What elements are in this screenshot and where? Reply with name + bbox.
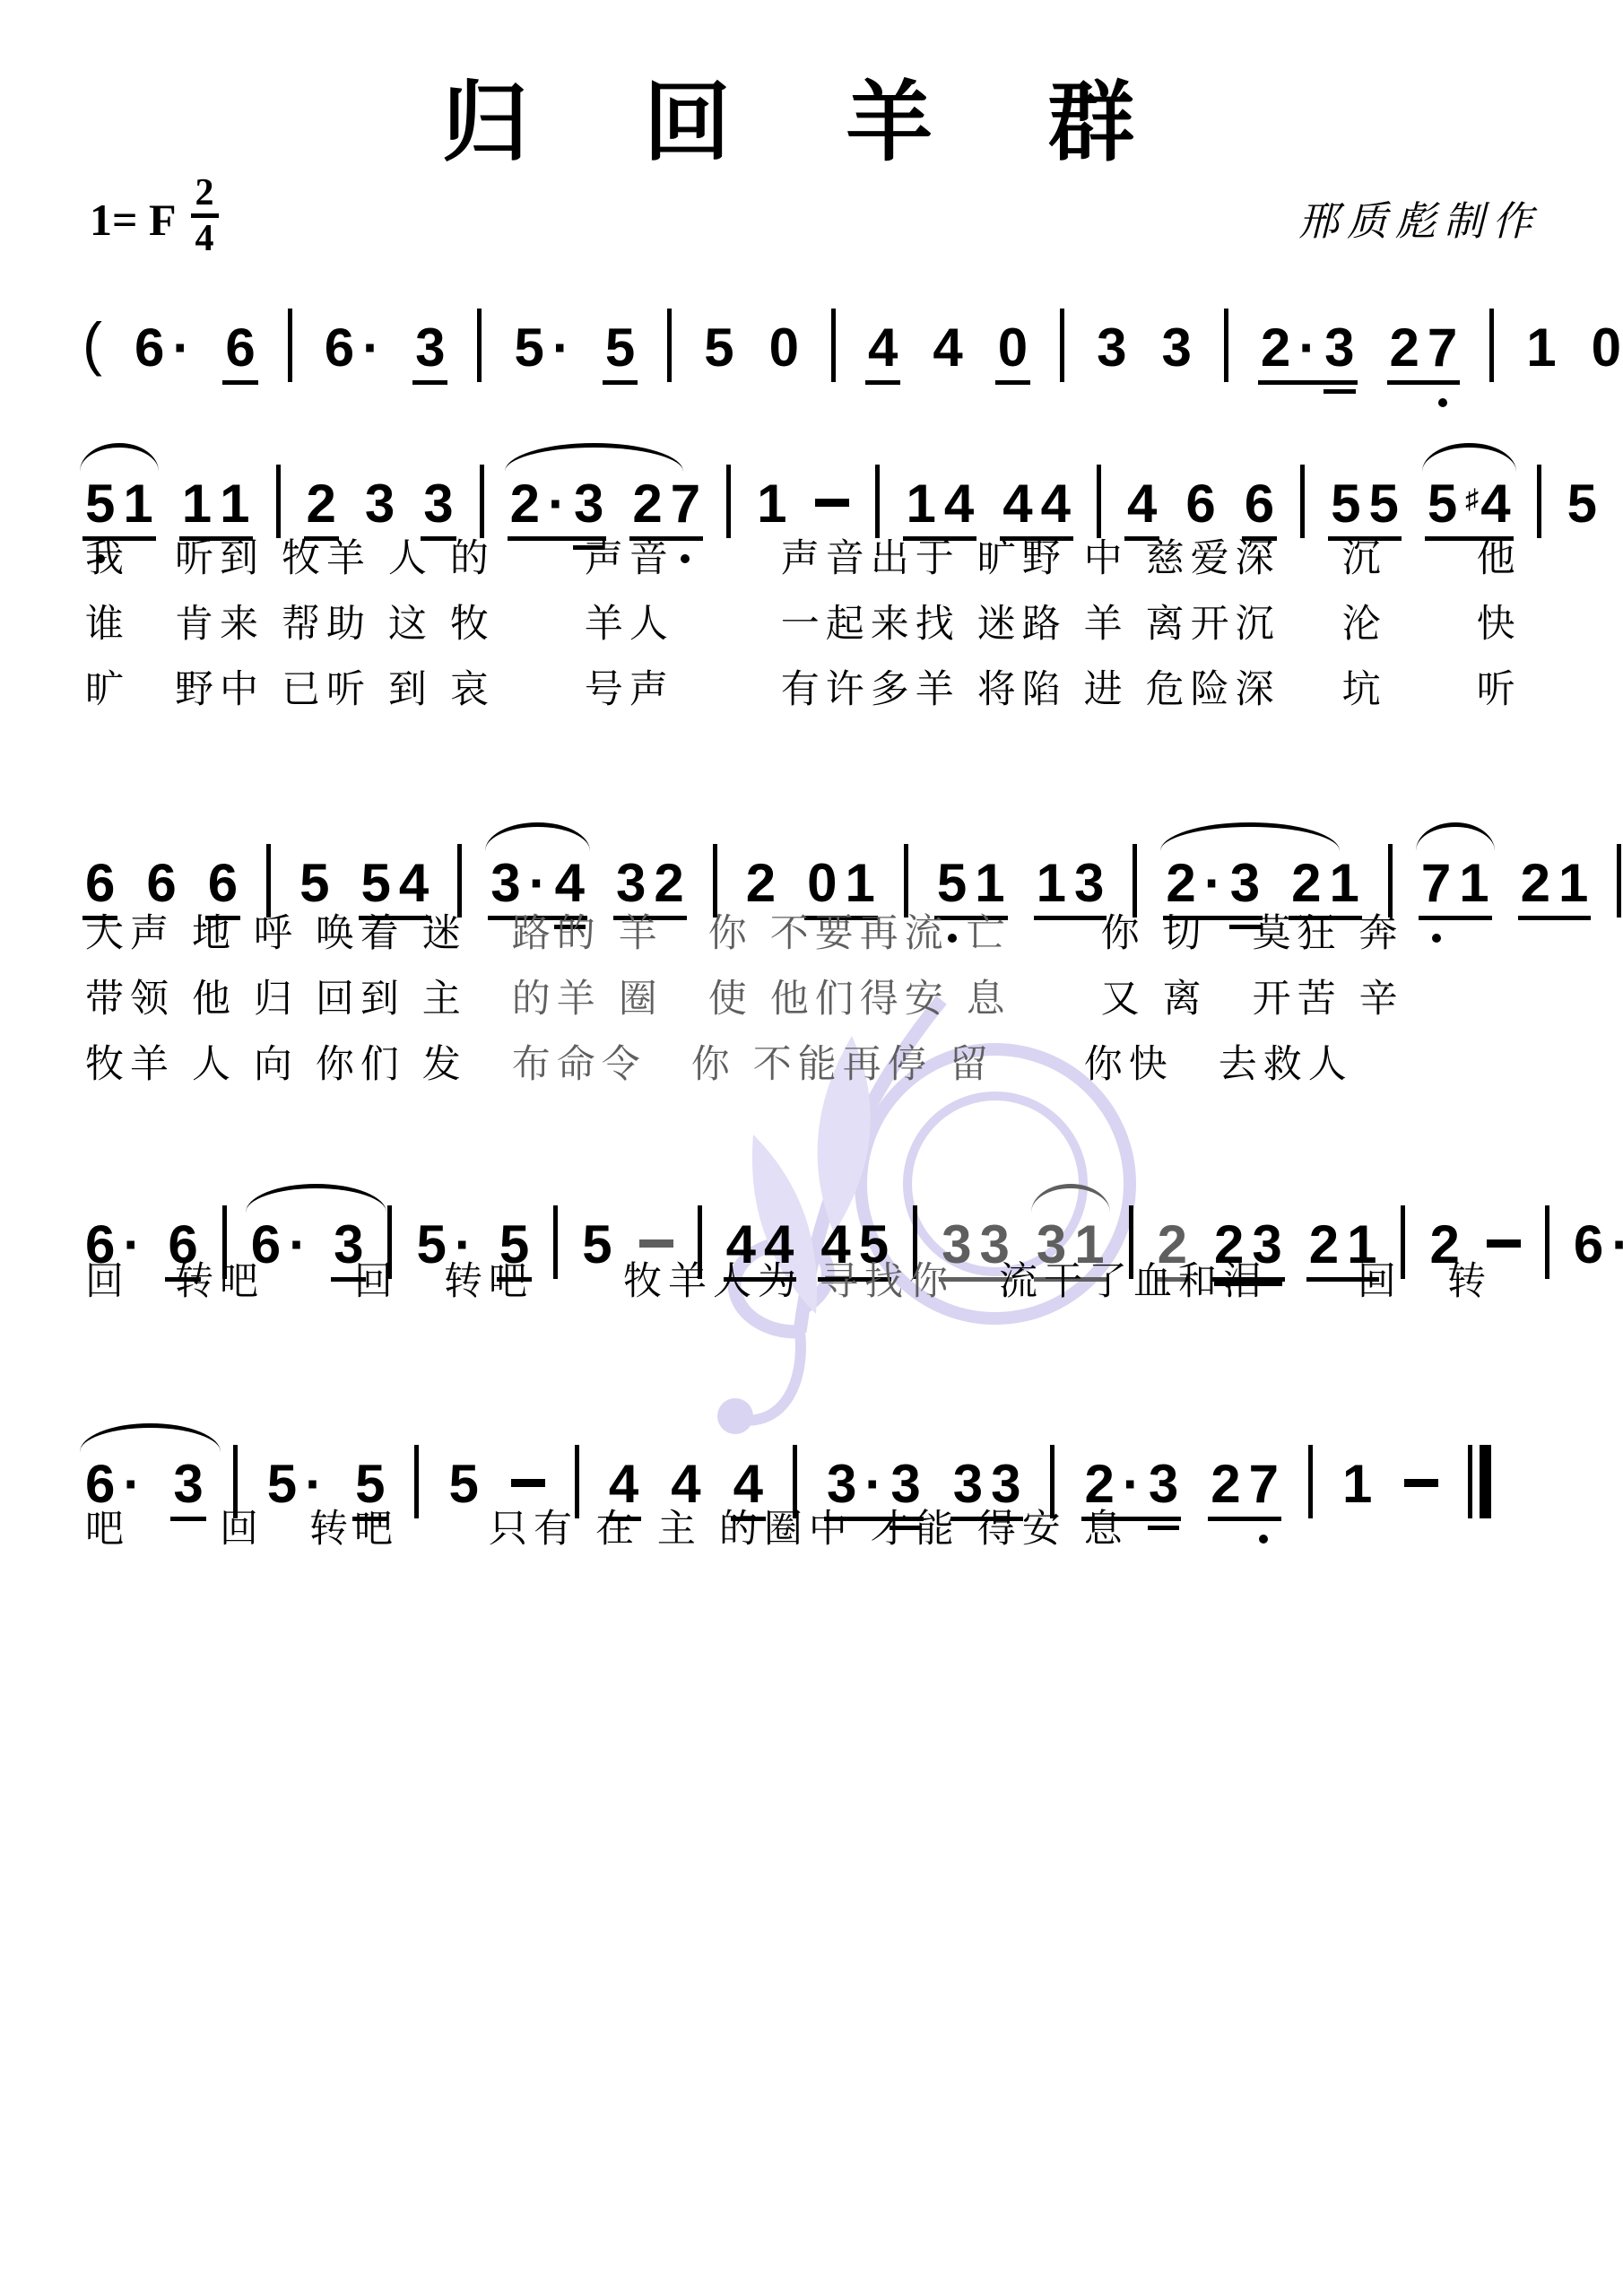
note-group <box>508 1494 548 1508</box>
note-group: 2 <box>743 857 778 916</box>
note-group: 6 <box>1242 477 1277 541</box>
note: 5 <box>1368 477 1398 531</box>
note: 5 <box>85 477 115 531</box>
lyric-segment: 的羊 圈 <box>512 980 664 1019</box>
note-group: 6 <box>222 321 257 385</box>
time-signature-denominator: 4 <box>195 218 214 258</box>
note-group: 51 <box>82 477 156 541</box>
note-group: 3 <box>421 477 456 541</box>
lyric-segment: 带领 他 归 回到 主 <box>85 980 512 1019</box>
note: 1 <box>182 477 212 531</box>
duration-dot: · <box>1204 857 1222 910</box>
barline <box>726 465 731 538</box>
note: ♯4 <box>1465 477 1510 531</box>
lyric-row-2: 谁 肯来 帮助 这 牧 羊人 一起来找 迷路 羊 离开沉 沦 快 <box>85 605 1522 644</box>
low-octave-dot <box>1438 398 1447 407</box>
lyric-segment: 吧 回 转吧 只有 在 主 的圈中 才能 得安 息 <box>85 1510 1129 1549</box>
note-group: 0 <box>1589 321 1623 380</box>
note: 4 <box>868 321 898 375</box>
note: 4 <box>609 1457 638 1511</box>
note: 5 <box>1331 477 1360 531</box>
note: 2 <box>1390 321 1419 375</box>
note: 7 <box>1428 321 1457 375</box>
barline <box>276 465 281 538</box>
note-group: 0 <box>767 321 802 380</box>
note: 6 <box>85 1457 115 1511</box>
note-group: 5· <box>511 321 572 380</box>
barline <box>480 465 484 538</box>
note-group: 0 <box>995 321 1030 385</box>
sharp-sign: ♯ <box>1465 484 1479 514</box>
duration-dot: · <box>529 857 547 910</box>
music-line-verse-line-2: 6665543·43220151132·321712110 <box>82 828 1623 920</box>
note: 5 <box>299 857 329 910</box>
lyric-segment: 你 不要再流 亡 <box>708 915 1011 953</box>
note-group: 2·3 <box>1163 857 1263 920</box>
note-group: 27 <box>1387 321 1461 385</box>
final-barline-thick <box>1480 1445 1491 1518</box>
note: 1 <box>1558 857 1588 910</box>
note: 3 <box>574 477 603 531</box>
barline <box>1060 309 1064 382</box>
note-group <box>812 514 852 527</box>
note-group: 5 <box>297 857 332 916</box>
note: 1 <box>220 477 249 531</box>
sheet-music-page: 归 回 羊 群 1= F 2 4 邢质彪制作 (6·66·35·55044033… <box>0 0 1623 2296</box>
note-group: 1 <box>754 477 789 536</box>
note-group: 5 <box>603 321 638 385</box>
duration-dot: · <box>362 321 380 375</box>
note-group: 14 <box>903 477 976 541</box>
time-signature-numerator: 2 <box>191 174 219 218</box>
barline <box>457 844 462 918</box>
barline <box>875 465 880 538</box>
lyric-row-4: 大声 地 呼 唤着 迷 路的 羊 你 不要再流 亡 你 切 莫狂 奔 <box>85 915 1404 953</box>
note: 4 <box>733 1457 763 1511</box>
note-group: 1 <box>1340 1457 1375 1517</box>
author-credit: 邢质彪制作 <box>1298 188 1541 247</box>
dash-note <box>639 1239 673 1248</box>
note-group: 3 <box>1159 321 1193 380</box>
note: 0 <box>998 321 1028 375</box>
note: 2 <box>654 857 683 910</box>
lyric-segment: 又 离 开苦 辛 <box>1011 980 1404 1019</box>
barline <box>477 309 482 382</box>
note-group: 5 <box>1565 477 1600 536</box>
lyric-segment: 使 他们得安 息 <box>708 980 1011 1019</box>
barline <box>713 844 717 918</box>
note: 1 <box>1342 1457 1372 1511</box>
note: 1 <box>757 477 786 531</box>
lyric-segment: 路的 羊 <box>512 915 664 953</box>
dash-note <box>1487 1239 1521 1248</box>
note-group: 3 <box>412 321 447 385</box>
lyric-segment: 旷 野中 已听 到 哀 号声 有许多羊 将陷 进 危险深 坑 听 <box>85 671 1522 709</box>
note: 2 <box>1291 857 1321 910</box>
note-group: 6 <box>143 857 178 916</box>
note: 6 <box>1185 477 1215 531</box>
note: 5 <box>1567 477 1597 531</box>
lyric-row-6: 牧羊 人 向 你们 发 布命令 你 不能再停 留 你快 去救人 <box>85 1046 1353 1084</box>
note: 3 <box>953 1457 983 1511</box>
barline <box>1617 844 1621 918</box>
note: 3 <box>490 857 520 910</box>
duration-dot: · <box>1123 1457 1141 1511</box>
parenthesis: ( <box>82 314 102 373</box>
note: 3 <box>890 1457 920 1511</box>
note: 6 <box>225 321 255 375</box>
barline <box>1300 465 1305 538</box>
note-group: 3 <box>362 477 397 536</box>
barline <box>1308 1445 1313 1518</box>
note: 5 <box>448 1457 478 1511</box>
time-signature: 2 4 <box>191 174 219 258</box>
note: 2 <box>1166 857 1195 910</box>
note-group: 44 <box>1000 477 1073 541</box>
note: 0 <box>807 857 837 910</box>
lyric-row-8: 吧 回 转吧 只有 在 主 的圈中 才能 得安 息 <box>85 1510 1129 1549</box>
note: 3 <box>827 1457 856 1511</box>
note: 2 <box>1261 321 1290 375</box>
note: 3 <box>1097 321 1126 375</box>
lyric-segment: 谁 肯来 帮助 这 牧 羊人 一起来找 迷路 羊 离开沉 沦 快 <box>85 605 1522 644</box>
duration-dot: · <box>172 321 190 375</box>
note: 1 <box>1526 321 1556 375</box>
duration-dot: · <box>548 477 566 531</box>
note-group: 6· <box>132 321 193 380</box>
lyric-segment <box>664 915 708 953</box>
note-group: 21 <box>1289 857 1362 920</box>
barline <box>1537 465 1541 538</box>
note-group: 32 <box>613 857 687 920</box>
note: 6 <box>1245 477 1274 531</box>
note-group: 3 <box>1094 321 1129 380</box>
barline <box>667 309 672 382</box>
note: 6 <box>208 857 238 910</box>
note: 0 <box>1592 321 1621 375</box>
note: 1 <box>906 477 935 531</box>
duration-dot: · <box>123 1457 141 1511</box>
note-group: 4 <box>865 321 900 385</box>
note-group: 27 <box>629 477 703 541</box>
final-barline-thin <box>1468 1445 1472 1518</box>
note-group: 5 <box>701 321 736 380</box>
note: 3 <box>1161 321 1191 375</box>
lyric-segment: 你 切 莫狂 奔 <box>1011 915 1404 953</box>
barline <box>288 309 292 382</box>
note: 4 <box>1127 477 1157 531</box>
note-group: 3·4 <box>488 857 587 920</box>
note: 0 <box>769 321 799 375</box>
note: 2 <box>1521 857 1550 910</box>
note: 3 <box>423 477 453 531</box>
note: 5 <box>1428 477 1457 531</box>
note: 5 <box>267 1457 297 1511</box>
note: 3 <box>415 321 445 375</box>
key-text: 1= F <box>90 194 177 246</box>
final-barline <box>1468 1445 1491 1518</box>
lyric-segment: 寻找你 <box>820 1263 954 1301</box>
note: 5 <box>704 321 733 375</box>
lyric-segment: 我 听到 牧羊 人 的 声音 声音出于 旷野 中 慈爱深 沉 他 <box>85 540 1522 578</box>
note: 1 <box>123 477 152 531</box>
note: 4 <box>1002 477 1032 531</box>
note-group: 21 <box>1518 857 1592 920</box>
duration-dot: · <box>864 1457 882 1511</box>
note-group: 6 <box>82 857 117 920</box>
note-group: 55 <box>1328 477 1402 541</box>
note: 2 <box>1084 1457 1114 1511</box>
note-group: 6 <box>1183 477 1218 536</box>
note: 4 <box>944 477 974 531</box>
note-group: 4 <box>930 321 965 380</box>
note: 6 <box>146 857 176 910</box>
lyric-segment: 布命令 <box>512 1046 647 1084</box>
note-group: 54 <box>359 857 432 920</box>
note: 1 <box>1329 857 1358 910</box>
lyric-segment: 回 转吧 回 转吧 牧羊人为 <box>85 1263 820 1301</box>
note: 4 <box>399 857 429 910</box>
lyric-segment: 牧羊 人 向 你们 发 <box>85 1046 512 1084</box>
note-group: 2 <box>304 477 339 541</box>
note-group: 6 <box>205 857 240 920</box>
lyric-segment: 大声 地 呼 唤着 迷 <box>85 915 512 953</box>
note: 4 <box>1041 477 1071 531</box>
note-group: 01 <box>804 857 878 920</box>
lyric-segment: 流干了血和泪 回 转 <box>954 1263 1492 1301</box>
barline <box>1545 1205 1549 1279</box>
barline <box>1489 309 1494 382</box>
barline <box>831 309 836 382</box>
note: 2 <box>746 857 776 910</box>
note: 1 <box>975 857 1004 910</box>
duration-dot: · <box>552 321 570 375</box>
note: 3 <box>1074 857 1104 910</box>
note: 3 <box>1230 857 1260 910</box>
note-group: 11 <box>179 477 253 541</box>
duration-dot: · <box>1611 1218 1623 1272</box>
note: 3 <box>991 1457 1020 1511</box>
low-octave-dot <box>1259 1535 1268 1544</box>
note: 5 <box>605 321 635 375</box>
barline <box>1388 844 1393 918</box>
key-signature: 1= F 2 4 <box>90 178 219 262</box>
note: 7 <box>1421 857 1451 910</box>
note-group <box>1402 1494 1441 1508</box>
barline <box>1224 309 1228 382</box>
dash-note <box>815 499 849 507</box>
note-group: 2·3 <box>1258 321 1358 385</box>
note-group: 51 <box>934 857 1008 920</box>
note-group: 27 <box>1208 1457 1281 1521</box>
note: 2 <box>632 477 662 531</box>
page-title: 归 回 羊 群 <box>0 52 1623 178</box>
lyric-row-7: 回 转吧 回 转吧 牧羊人为 寻找你 流干了血和泪 回 转 <box>85 1263 1492 1301</box>
note: 3 <box>616 857 646 910</box>
note-group: 71 <box>1419 857 1492 920</box>
lyric-segment: 你快 去救人 <box>994 1046 1353 1084</box>
note: 5 <box>361 857 391 910</box>
duration-dot: · <box>1298 321 1316 375</box>
note: 6 <box>135 321 164 375</box>
lyric-row-1: 我 听到 牧羊 人 的 声音 声音出于 旷野 中 慈爱深 沉 他 <box>85 540 1522 578</box>
note-group: 2·3 <box>508 477 607 541</box>
note: 5 <box>937 857 967 910</box>
note-group: 13 <box>1034 857 1107 920</box>
note-group: 6· <box>322 321 383 380</box>
dash-note <box>1404 1479 1438 1487</box>
note: 1 <box>1037 857 1066 910</box>
lyric-segment <box>664 980 708 1019</box>
note-group: 5♯4 <box>1425 477 1514 541</box>
note: 5 <box>355 1457 385 1511</box>
dash-note <box>511 1479 545 1487</box>
barline <box>266 844 271 918</box>
note: 3 <box>1149 1457 1178 1511</box>
note-group: 4 <box>1124 477 1159 541</box>
note: 6 <box>85 857 115 910</box>
note: 6 <box>1574 1218 1603 1272</box>
note: 4 <box>555 857 585 910</box>
note: 1 <box>845 857 874 910</box>
lyric-segment: 你 不能再停 留 <box>691 1046 994 1084</box>
note: 1 <box>1459 857 1488 910</box>
note: 2 <box>307 477 336 531</box>
lyric-row-5: 带领 他 归 回到 主 的羊 圈 使 他们得安 息 又 离 开苦 辛 <box>85 980 1404 1019</box>
note-group: 1 <box>1523 321 1558 380</box>
note-group: 6· <box>1571 1218 1623 1277</box>
note: 5 <box>514 321 543 375</box>
note: 7 <box>1249 1457 1279 1511</box>
note: 3 <box>1324 321 1354 375</box>
low-octave-dot <box>1432 934 1441 943</box>
music-line-intro-line: (6·66·35·550440332·32710) <box>82 292 1623 385</box>
barline <box>1097 465 1101 538</box>
music-line-verse-line-1: 51112332·32711444466555♯4501 <box>82 448 1623 541</box>
barline <box>904 844 908 918</box>
lyric-segment <box>647 1046 691 1084</box>
note: 6 <box>325 321 354 375</box>
note: 4 <box>671 1457 700 1511</box>
note: 3 <box>173 1457 203 1511</box>
lyric-row-3: 旷 野中 已听 到 哀 号声 有许多羊 将陷 进 危险深 坑 听 <box>85 671 1522 709</box>
note: 2 <box>1211 1457 1240 1511</box>
note: 2 <box>510 477 540 531</box>
note: 3 <box>365 477 395 531</box>
note: 7 <box>671 477 700 531</box>
barline <box>1133 844 1137 918</box>
note: 4 <box>933 321 962 375</box>
duration-dot: · <box>305 1457 323 1511</box>
